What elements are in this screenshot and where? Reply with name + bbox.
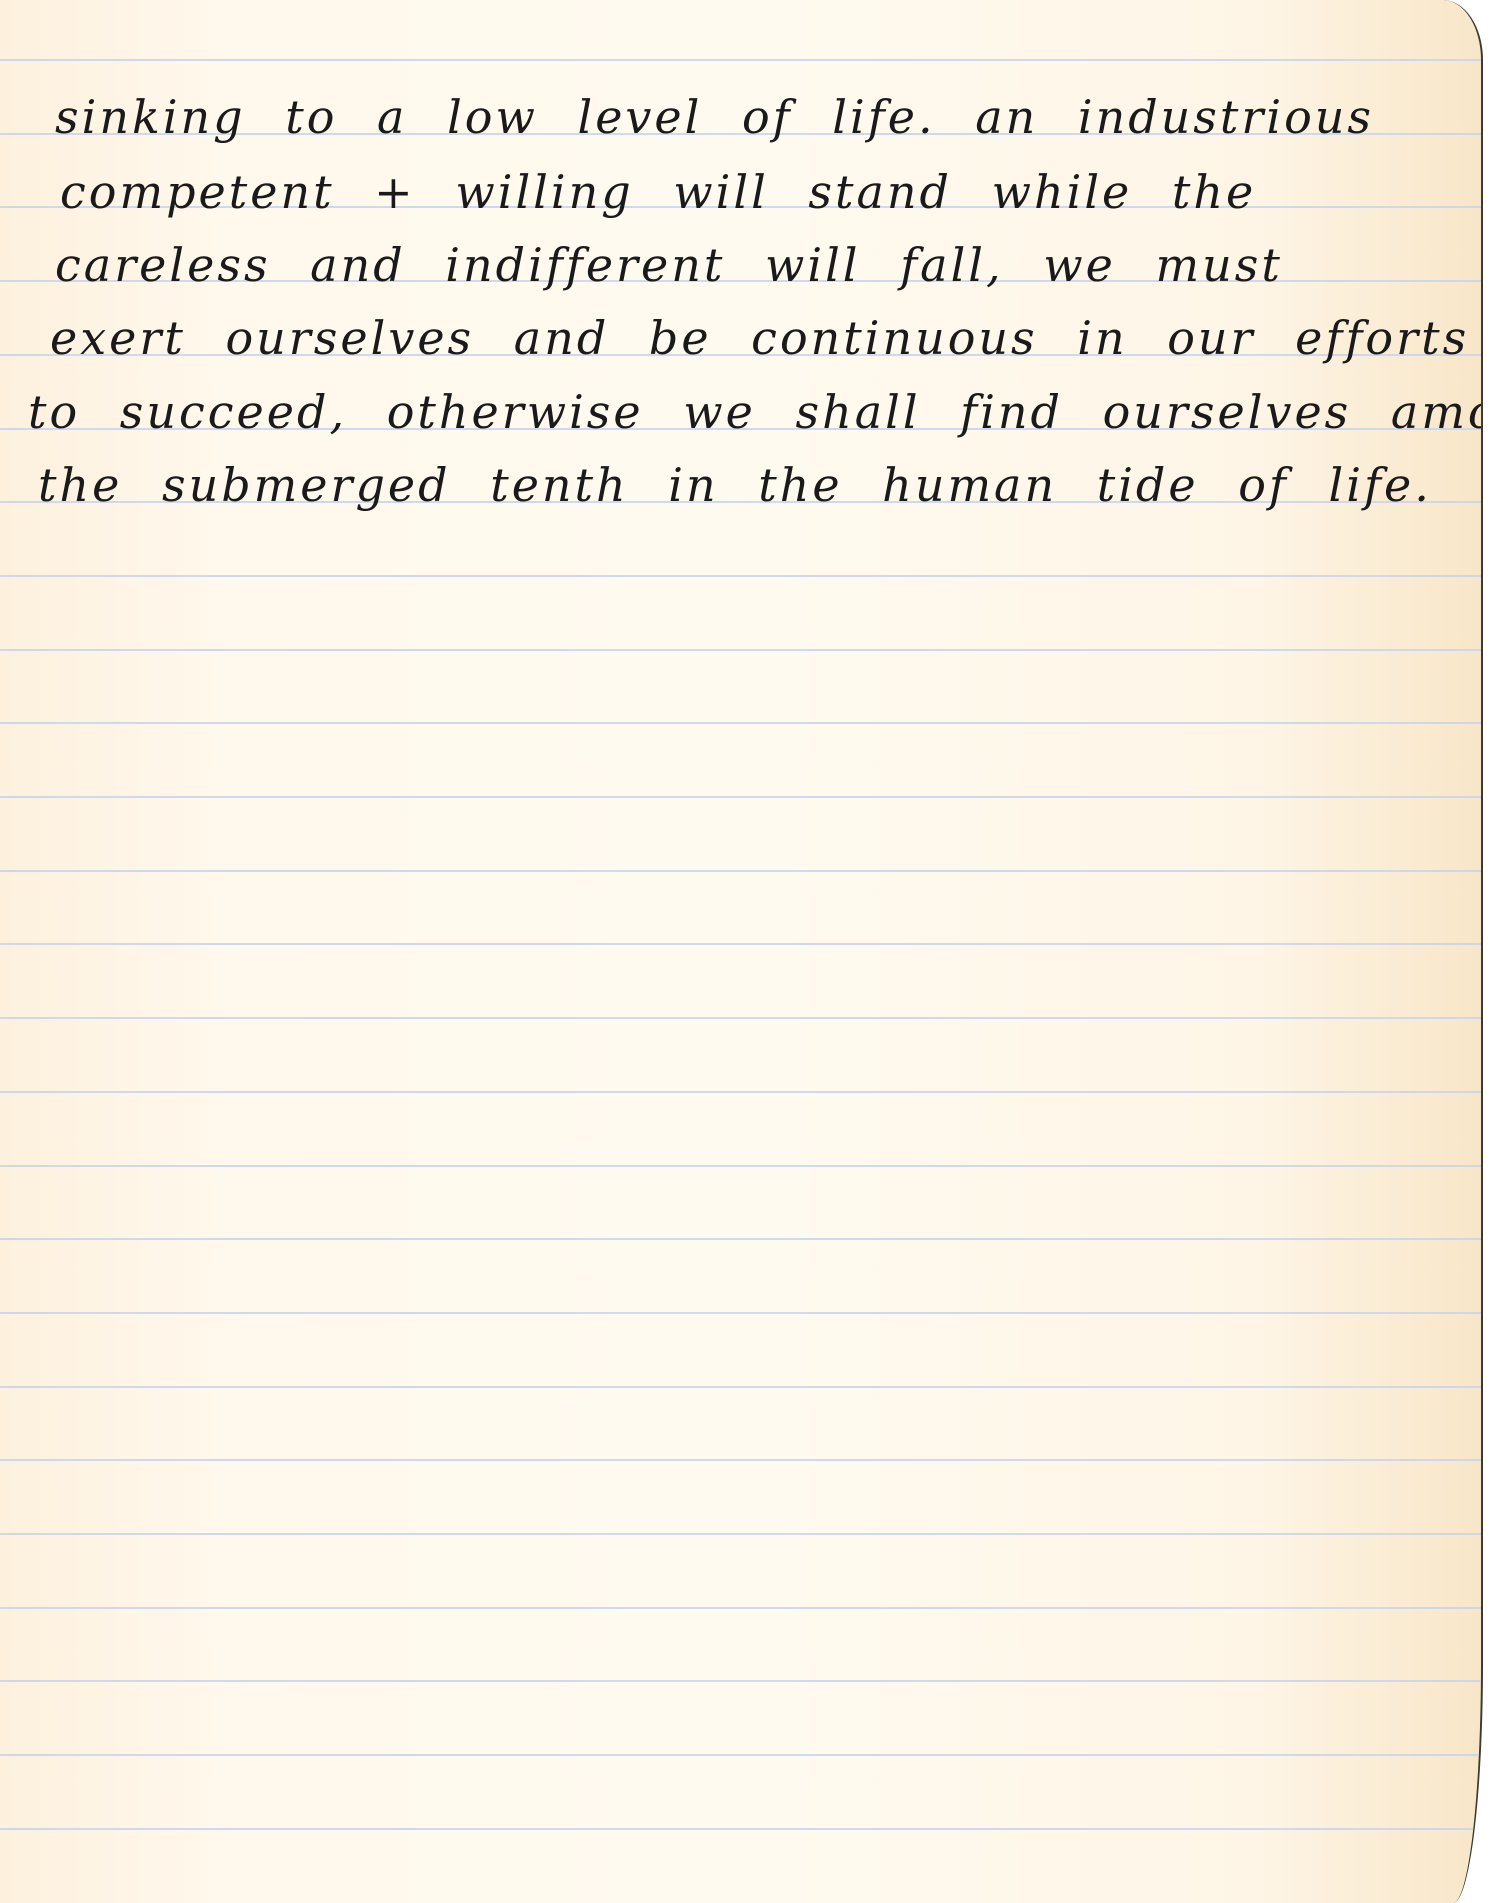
handwritten-line-3: careless and indifferent will fall, we m… [55,242,1283,288]
ruled-line [0,870,1483,872]
ruled-line [0,1091,1483,1093]
ruled-line [0,1680,1483,1682]
ruled-line [0,1165,1483,1167]
ruled-line [0,1017,1483,1019]
ruled-line [0,1754,1483,1756]
ruled-line [0,1533,1483,1535]
ruled-line [0,1459,1483,1461]
ruled-line [0,1312,1483,1314]
ruled-line [0,722,1483,724]
ruled-line [0,1828,1483,1830]
ruled-line [0,796,1483,798]
handwritten-line-5: to succeed, otherwise we shall find ours… [28,389,1483,435]
ruled-line [0,59,1483,61]
handwritten-line-2: competent + willing will stand while the [60,169,1256,215]
handwritten-line-1: sinking to a low level of life. an indus… [55,94,1374,140]
notebook-page: sinking to a low level of life. an indus… [0,0,1483,1903]
ruled-line [0,575,1483,577]
ruled-line [0,1238,1483,1240]
ruled-line [0,943,1483,945]
ruled-line [0,1386,1483,1388]
ruled-line [0,1607,1483,1609]
ruled-line [0,649,1483,651]
handwritten-line-4: exert ourselves and be continuous in our… [50,315,1469,361]
handwritten-line-6: the submerged tenth in the human tide of… [38,462,1432,508]
